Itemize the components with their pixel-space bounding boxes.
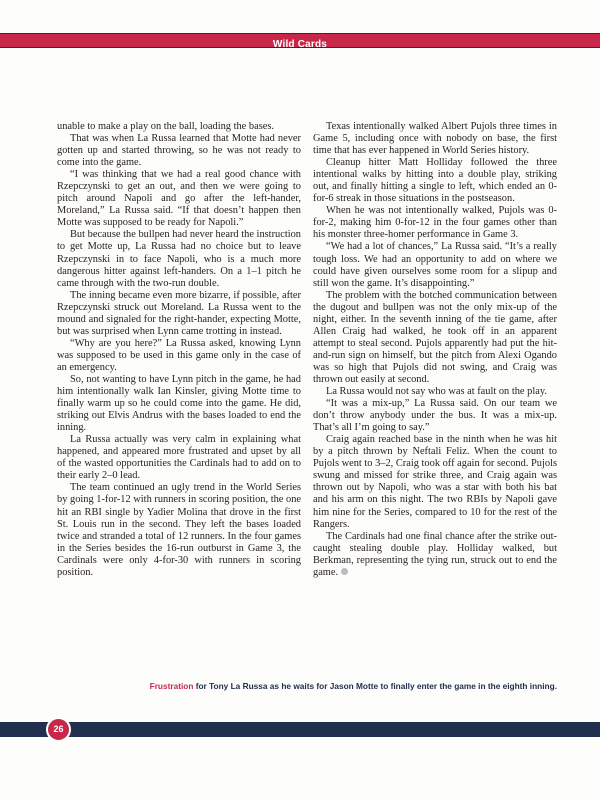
paragraph: La Russa would not say who was at fault … bbox=[313, 386, 557, 398]
paragraph: unable to make a play on the ball, loadi… bbox=[57, 121, 301, 133]
paragraph: That was when La Russa learned that Mott… bbox=[57, 133, 301, 169]
page-footer-bar: 26 bbox=[0, 722, 600, 737]
paragraph: The inning became even more bizarre, if … bbox=[57, 290, 301, 338]
paragraph: “I was thinking that we had a real good … bbox=[57, 169, 301, 229]
paragraph: Texas intentionally walked Albert Pujols… bbox=[313, 121, 557, 157]
page-number: 26 bbox=[53, 725, 63, 734]
page-header-bar: Wild Cards bbox=[0, 33, 600, 48]
right-column: Texas intentionally walked Albert Pujols… bbox=[313, 121, 557, 579]
paragraph: “We had a lot of chances,” La Russa said… bbox=[313, 241, 557, 289]
paragraph: The team continued an ugly trend in the … bbox=[57, 482, 301, 578]
page-title: Wild Cards bbox=[273, 38, 327, 51]
paragraph: The problem with the botched communicati… bbox=[313, 290, 557, 386]
caption-text: for Tony La Russa as he waits for Jason … bbox=[193, 681, 557, 691]
page-number-badge: 26 bbox=[46, 717, 71, 742]
end-of-article-icon bbox=[341, 568, 348, 575]
paragraph: So, not wanting to have Lynn pitch in th… bbox=[57, 374, 301, 434]
paragraph: “Why are you here?” La Russa asked, know… bbox=[57, 338, 301, 374]
paragraph: But because the bullpen had never heard … bbox=[57, 229, 301, 289]
paragraph: When he was not intentionally walked, Pu… bbox=[313, 205, 557, 241]
paragraph: Craig again reached base in the ninth wh… bbox=[313, 434, 557, 530]
left-column: unable to make a play on the ball, loadi… bbox=[57, 121, 301, 579]
paragraph: La Russa actually was very calm in expla… bbox=[57, 434, 301, 482]
paragraph: The Cardinals had one final chance after… bbox=[313, 531, 557, 579]
article-body: unable to make a play on the ball, loadi… bbox=[57, 121, 557, 579]
caption-lead: Frustration bbox=[150, 681, 194, 691]
paragraph: Cleanup hitter Matt Holliday followed th… bbox=[313, 157, 557, 205]
photo-caption: Frustration for Tony La Russa as he wait… bbox=[37, 681, 557, 691]
paragraph: “It was a mix-up,” La Russa said. On our… bbox=[313, 398, 557, 434]
